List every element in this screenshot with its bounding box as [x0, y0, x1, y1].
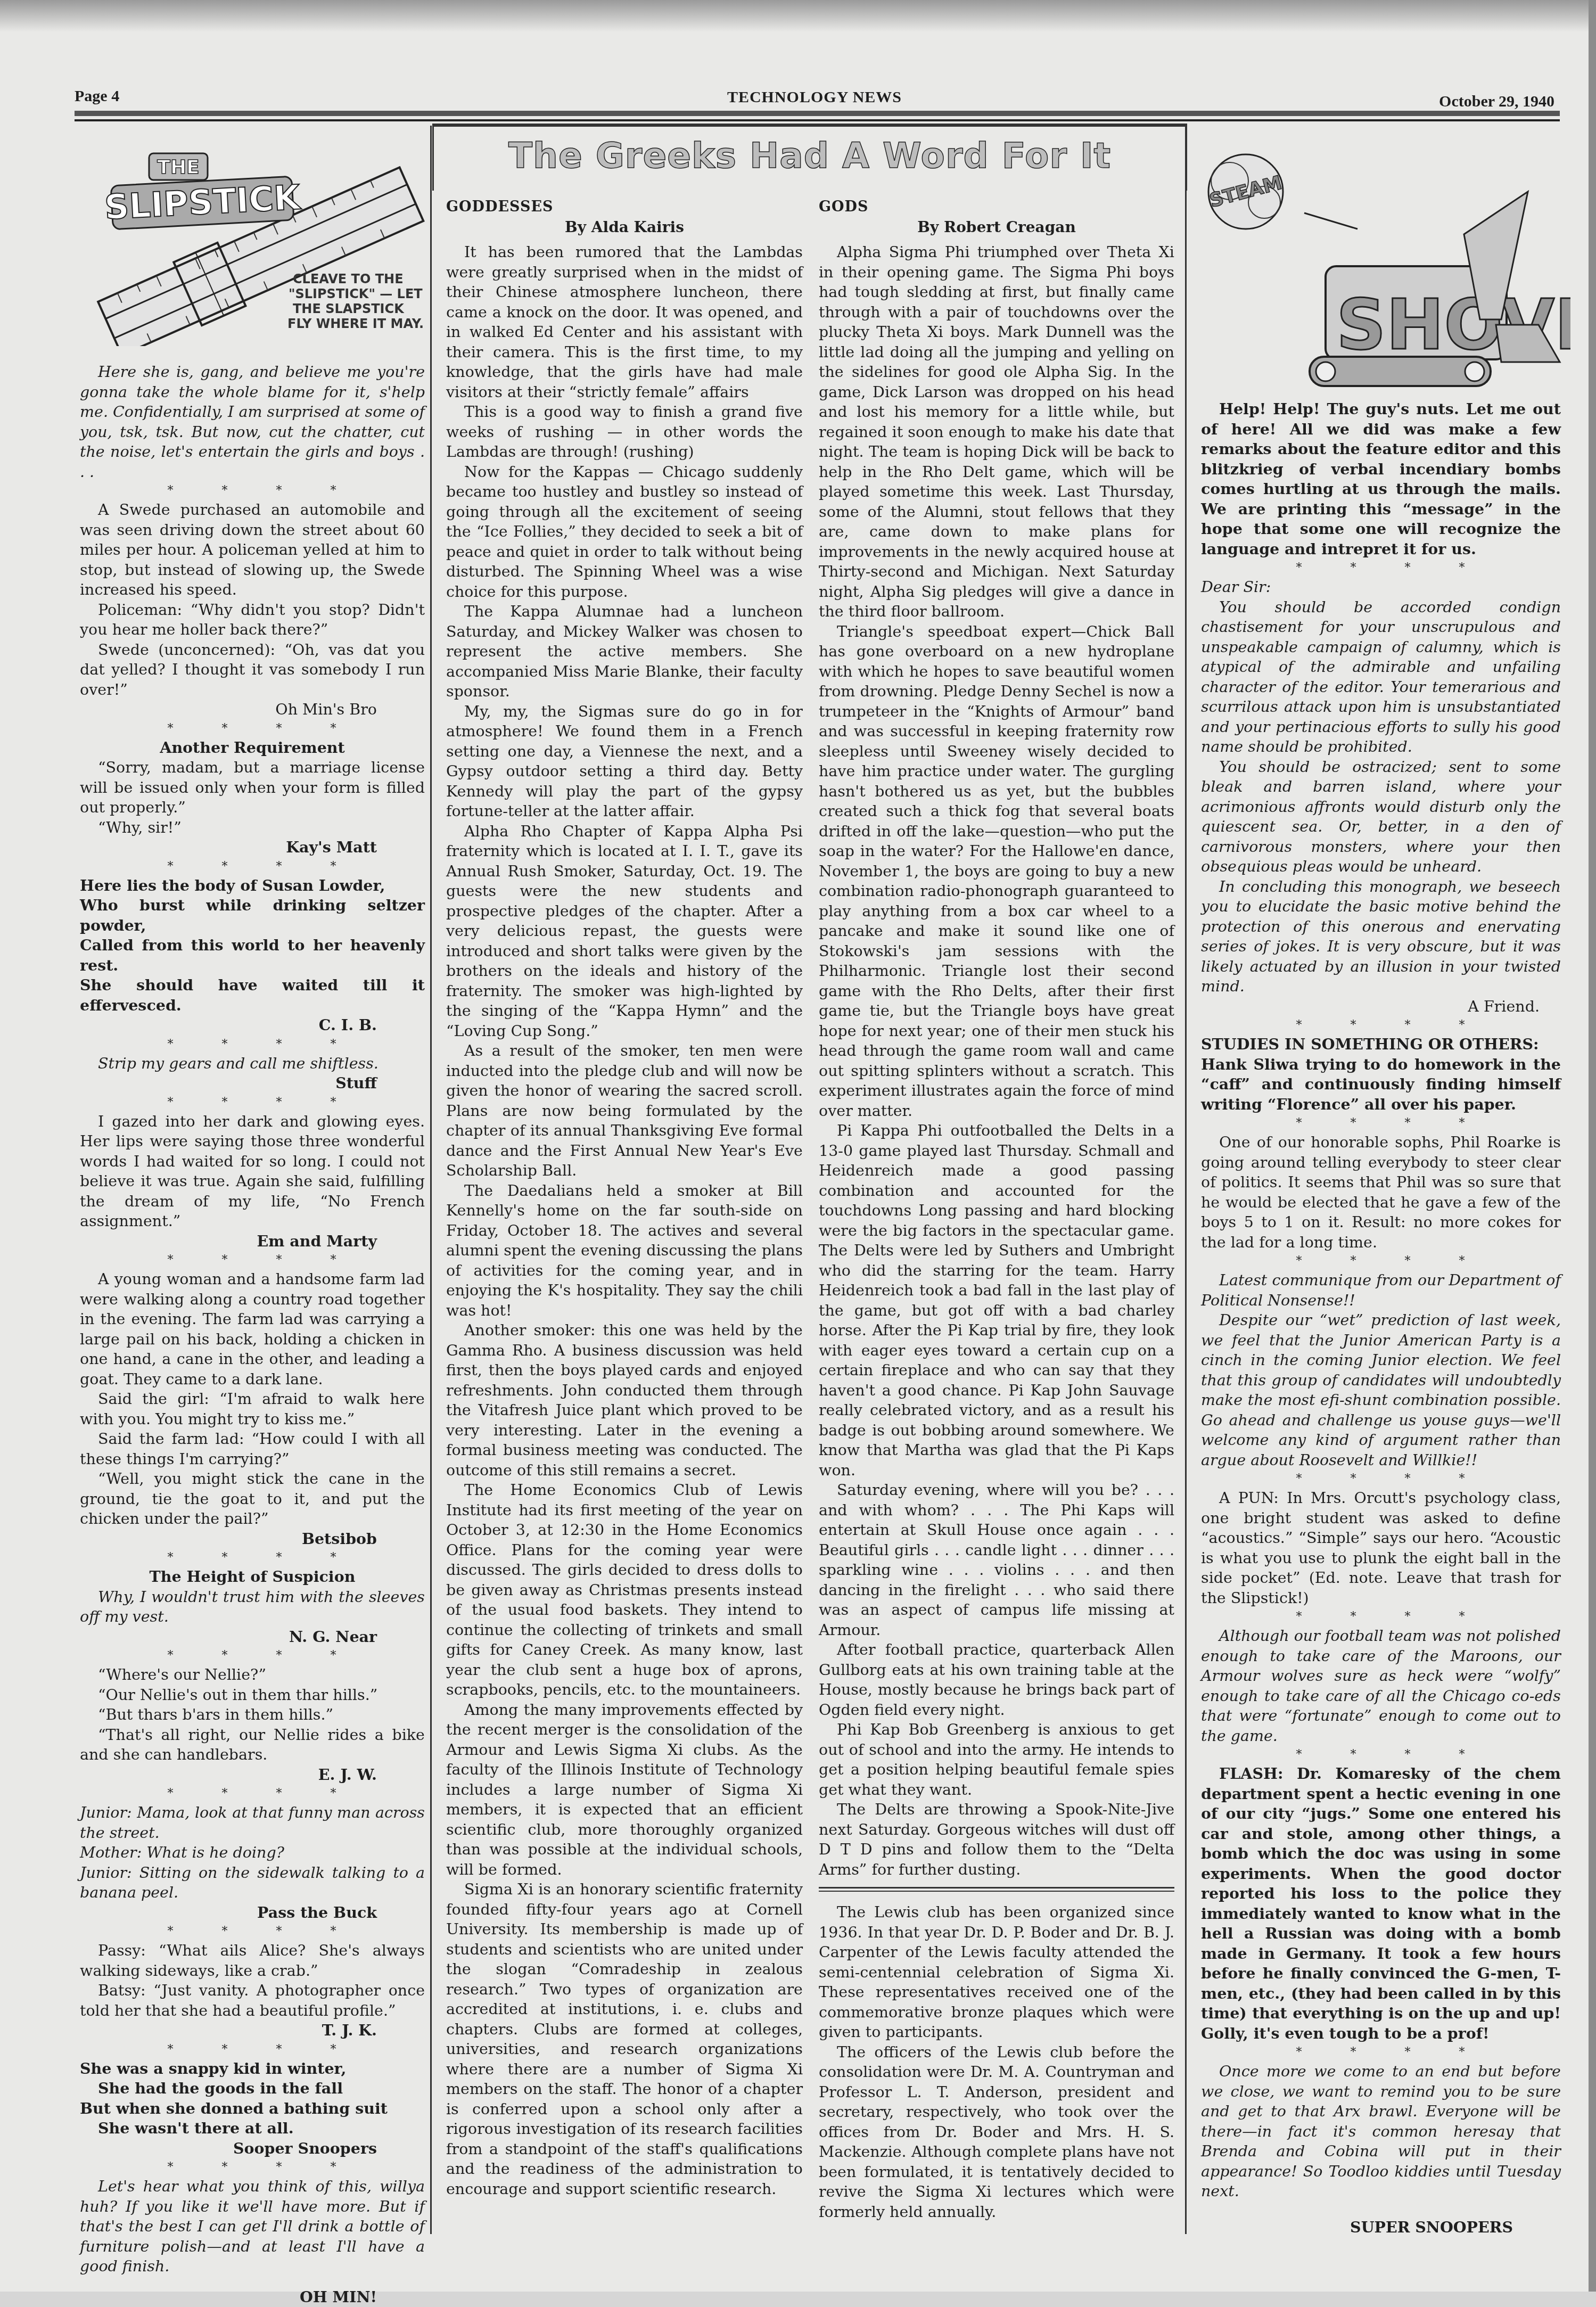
shovel-item: Despite our “wet” prediction of last wee… [1201, 1310, 1561, 1470]
article-paragraph: The Kappa Alumnae had a luncheon Saturda… [446, 602, 803, 702]
separator-stars: * * * * [80, 720, 425, 738]
separator-stars: * * * * [80, 1785, 425, 1803]
separator-stars: * * * * [80, 1647, 425, 1665]
joke-text: “Sorry, madam, but a marriage license wi… [80, 758, 425, 818]
scan-shadow [0, 0, 1596, 32]
joke-text: “But thars b'ars in them hills.” [80, 1705, 425, 1725]
joke-text: “Why, sir!” [80, 818, 425, 838]
newspaper-page: Page 4 TECHNOLOGY NEWS October 29, 1940 [0, 0, 1596, 2292]
svg-text:CLEAVE TO THE: CLEAVE TO THE [293, 272, 404, 286]
verse-line: She was a snappy kid in winter, [80, 2059, 425, 2079]
goddesses-column: GODDESSES By Alda Kairis It has been rum… [446, 197, 803, 2199]
verse-line: She had the goods in the fall [80, 2079, 425, 2099]
verse-line: She wasn't there at all. [80, 2119, 425, 2139]
letter-paragraph: You should be ostracized; sent to some b… [1201, 757, 1561, 877]
separator-stars: * * * * [1201, 2043, 1561, 2062]
joke-text: Mother: What is he doing? [80, 1843, 425, 1863]
svg-text:FLY WHERE IT MAY.: FLY WHERE IT MAY. [287, 316, 424, 331]
separator-stars: * * * * [80, 1036, 425, 1054]
joke-text: Junior: Mama, look at that funny man acr… [80, 1803, 425, 1843]
paper-title: TECHNOLOGY NEWS [75, 88, 1554, 106]
header-rule-thin [75, 119, 1560, 121]
joke-text: A Swede purchased an automobile and was … [80, 500, 425, 600]
article-paragraph: Saturday evening, where will you be? . .… [819, 1480, 1174, 1640]
gods-byline: By Robert Creagan [819, 217, 1174, 237]
slipstick-intro: Here she is, gang, and believe me you're… [80, 362, 425, 482]
joke-signature: T. J. K. [80, 2021, 425, 2041]
article-paragraph: Pi Kappa Phi outfootballed the Delts in … [819, 1121, 1174, 1480]
letter-signature: A Friend. [1201, 997, 1561, 1017]
svg-text:"SLIPSTICK" — LET: "SLIPSTICK" — LET [289, 286, 423, 301]
article-paragraph: Alpha Sigma Phi triumphed over Theta Xi … [819, 242, 1174, 622]
goddesses-head: GODDESSES [446, 197, 803, 217]
section-divider [819, 1887, 1174, 1892]
article-paragraph: The Home Economics Club of Lewis Institu… [446, 1480, 803, 1700]
joke-signature: Oh Min's Bro [80, 700, 425, 720]
shovel-closing: Once more we come to an end but before w… [1201, 2062, 1561, 2202]
article-paragraph: This is a good way to finish a grand fiv… [446, 402, 803, 462]
slide-rule-icon: THE SLIPSTICK CLEAVE TO THE "SLIPSTICK" … [80, 144, 426, 346]
joke-text: Batsy: “Just vanity. A photographer once… [80, 1981, 425, 2021]
article-paragraph: The Daedalians held a smoker at Bill Ken… [446, 1181, 803, 1321]
joke-signature: Em and Marty [80, 1232, 425, 1252]
joke-signature: N. G. Near [80, 1627, 425, 1647]
separator-stars: * * * * [1201, 1114, 1561, 1132]
article-paragraph: After football practice, quarterback All… [819, 1640, 1174, 1720]
separator-stars: * * * * [80, 1094, 425, 1112]
article-paragraph: The officers of the Lewis club before th… [819, 2042, 1174, 2222]
slipstick-column: Here she is, gang, and believe me you're… [80, 362, 425, 2292]
verse-line: Here lies the body of Susan Lowder, [80, 876, 425, 896]
joke-signature: Stuff [80, 1073, 425, 1094]
greeks-title: The Greeks Had A Word For It [434, 127, 1186, 185]
separator-stars: * * * * [80, 2158, 425, 2177]
verse-line: She should have waited till it effervesc… [80, 975, 425, 1015]
svg-text:THE: THE [157, 157, 199, 178]
joke-text: A young woman and a handsome farm lad we… [80, 1269, 425, 1389]
article-paragraph: Sigma Xi is an honorary scientific frate… [446, 1879, 803, 2199]
shovel-item: FLASH: Dr. Komaresky of the chem departm… [1201, 1764, 1561, 2043]
studies-head: STUDIES IN SOMETHING OR OTHERS: [1201, 1035, 1561, 1055]
article-paragraph: The Delts are throwing a Spook-Nite-Jive… [819, 1800, 1174, 1879]
politics-head: Latest communique from our Department of… [1201, 1270, 1561, 1310]
article-paragraph: Triangle's speedboat expert—Chick Ball h… [819, 622, 1174, 1121]
joke-signature: Sooper Snoopers [80, 2139, 425, 2159]
joke-title: Another Requirement [80, 738, 425, 758]
svg-text:THE SLAPSTICK: THE SLAPSTICK [293, 301, 405, 316]
article-paragraph: Phi Kap Bob Greenberg is anxious to get … [819, 1720, 1174, 1800]
slipstick-closing: Let's hear what you think of this, willy… [80, 2177, 425, 2277]
joke-text: Swede (unconcerned): “Oh, vas dat you da… [80, 640, 425, 700]
scan-edge [1589, 0, 1596, 2292]
separator-stars: * * * * [80, 1251, 425, 1269]
verse-line: Called from this world to her heavenly r… [80, 935, 425, 975]
joke-signature: E. J. W. [80, 1765, 425, 1785]
verse-line: Who burst while drinking seltzer powder, [80, 896, 425, 935]
goddesses-byline: By Alda Kairis [446, 217, 803, 237]
article-paragraph: Another smoker: this one was held by the… [446, 1320, 803, 1480]
separator-stars: * * * * [80, 858, 425, 876]
verse-line: But when she donned a bathing suit [80, 2099, 425, 2119]
separator-stars: * * * * [80, 482, 425, 500]
letter-paragraph: You should be accorded condign chastisem… [1201, 597, 1561, 757]
studies-text: Hank Sliwa trying to do homework in the … [1201, 1055, 1561, 1115]
letter-paragraph: In concluding this monograph, we beseech… [1201, 877, 1561, 997]
separator-stars: * * * * [1201, 1746, 1561, 1764]
shovel-item: A PUN: In Mrs. Orcutt's psychology class… [1201, 1488, 1561, 1608]
article-paragraph: It has been rumored that the Lambdas wer… [446, 242, 803, 402]
gods-head: GODS [819, 197, 1174, 217]
column-divider [1185, 126, 1187, 2234]
separator-stars: * * * * [80, 1923, 425, 1941]
joke-text: “Well, you might stick the cane in the g… [80, 1469, 425, 1529]
letter-salutation: Dear Sir: [1201, 577, 1561, 597]
header-rule [75, 111, 1560, 116]
joke-text: “Our Nellie's out in them thar hills.” [80, 1685, 425, 1705]
steam-shovel-column: Help! Help! The guy's nuts. Let me out o… [1201, 399, 1561, 2237]
joke-text: Why, I wouldn't trust him with the sleev… [80, 1587, 425, 1627]
joke-title: The Height of Suspicion [80, 1567, 425, 1587]
shovel-signature: SUPER SNOOPERS [1201, 2218, 1561, 2238]
joke-text: I gazed into her dark and glowing eyes. … [80, 1112, 425, 1232]
joke-text: Said the girl: “I'm afraid to walk here … [80, 1389, 425, 1429]
steam-shovel-icon: STEAM SHOVEL [1198, 144, 1570, 394]
article-paragraph: Among the many improvements effected by … [446, 1700, 803, 1880]
article-paragraph: My, my, the Sigmas sure do go in for atm… [446, 702, 803, 822]
joke-signature: Kay's Matt [80, 838, 425, 858]
separator-stars: * * * * [80, 2041, 425, 2059]
shovel-item: One of our honorable sophs, Phil Roarke … [1201, 1132, 1561, 1252]
slipstick-signature: OH MIN! [80, 2287, 425, 2292]
joke-signature: C. I. B. [80, 1015, 425, 1036]
shovel-item: Although our football team was not polis… [1201, 1626, 1561, 1746]
article-paragraph: The Lewis club has been organized since … [819, 1902, 1174, 2042]
joke-text: Passy: “What ails Alice? She's always wa… [80, 1941, 425, 1981]
joke-text: Policeman: “Why didn't you stop? Didn't … [80, 600, 425, 640]
joke-signature: Pass the Buck [80, 1903, 425, 1923]
shovel-intro: Help! Help! The guy's nuts. Let me out o… [1201, 399, 1561, 559]
separator-stars: * * * * [80, 1549, 425, 1567]
joke-signature: Betsibob [80, 1529, 425, 1549]
joke-text: Strip my gears and call me shiftless. [80, 1054, 425, 1074]
article-paragraph: Alpha Rho Chapter of Kappa Alpha Psi fra… [446, 822, 803, 1041]
joke-text: Said the farm lad: “How could I with all… [80, 1429, 425, 1469]
joke-text: “That's all right, our Nellie rides a bi… [80, 1725, 425, 1765]
article-paragraph: As a result of the smoker, ten men were … [446, 1041, 803, 1181]
separator-stars: * * * * [1201, 559, 1561, 577]
separator-stars: * * * * [1201, 1252, 1561, 1270]
slipstick-logo: THE SLIPSTICK CLEAVE TO THE "SLIPSTICK" … [80, 144, 426, 346]
gods-column: GODS By Robert Creagan Alpha Sigma Phi t… [819, 197, 1174, 2222]
separator-stars: * * * * [1201, 1470, 1561, 1488]
joke-text: Junior: Sitting on the sidewalk talking … [80, 1863, 425, 1903]
separator-stars: * * * * [1201, 1016, 1561, 1035]
column-divider [430, 126, 432, 2234]
joke-text: “Where's our Nellie?” [80, 1665, 425, 1685]
separator-stars: * * * * [1201, 1608, 1561, 1626]
article-paragraph: Now for the Kappas — Chicago suddenly be… [446, 462, 803, 602]
issue-date: October 29, 1940 [1439, 93, 1554, 111]
page-header: Page 4 TECHNOLOGY NEWS October 29, 1940 [75, 84, 1554, 111]
steam-shovel-logo: STEAM SHOVEL [1198, 144, 1570, 394]
greeks-title-box: The Greeks Had A Word For It [432, 124, 1187, 191]
